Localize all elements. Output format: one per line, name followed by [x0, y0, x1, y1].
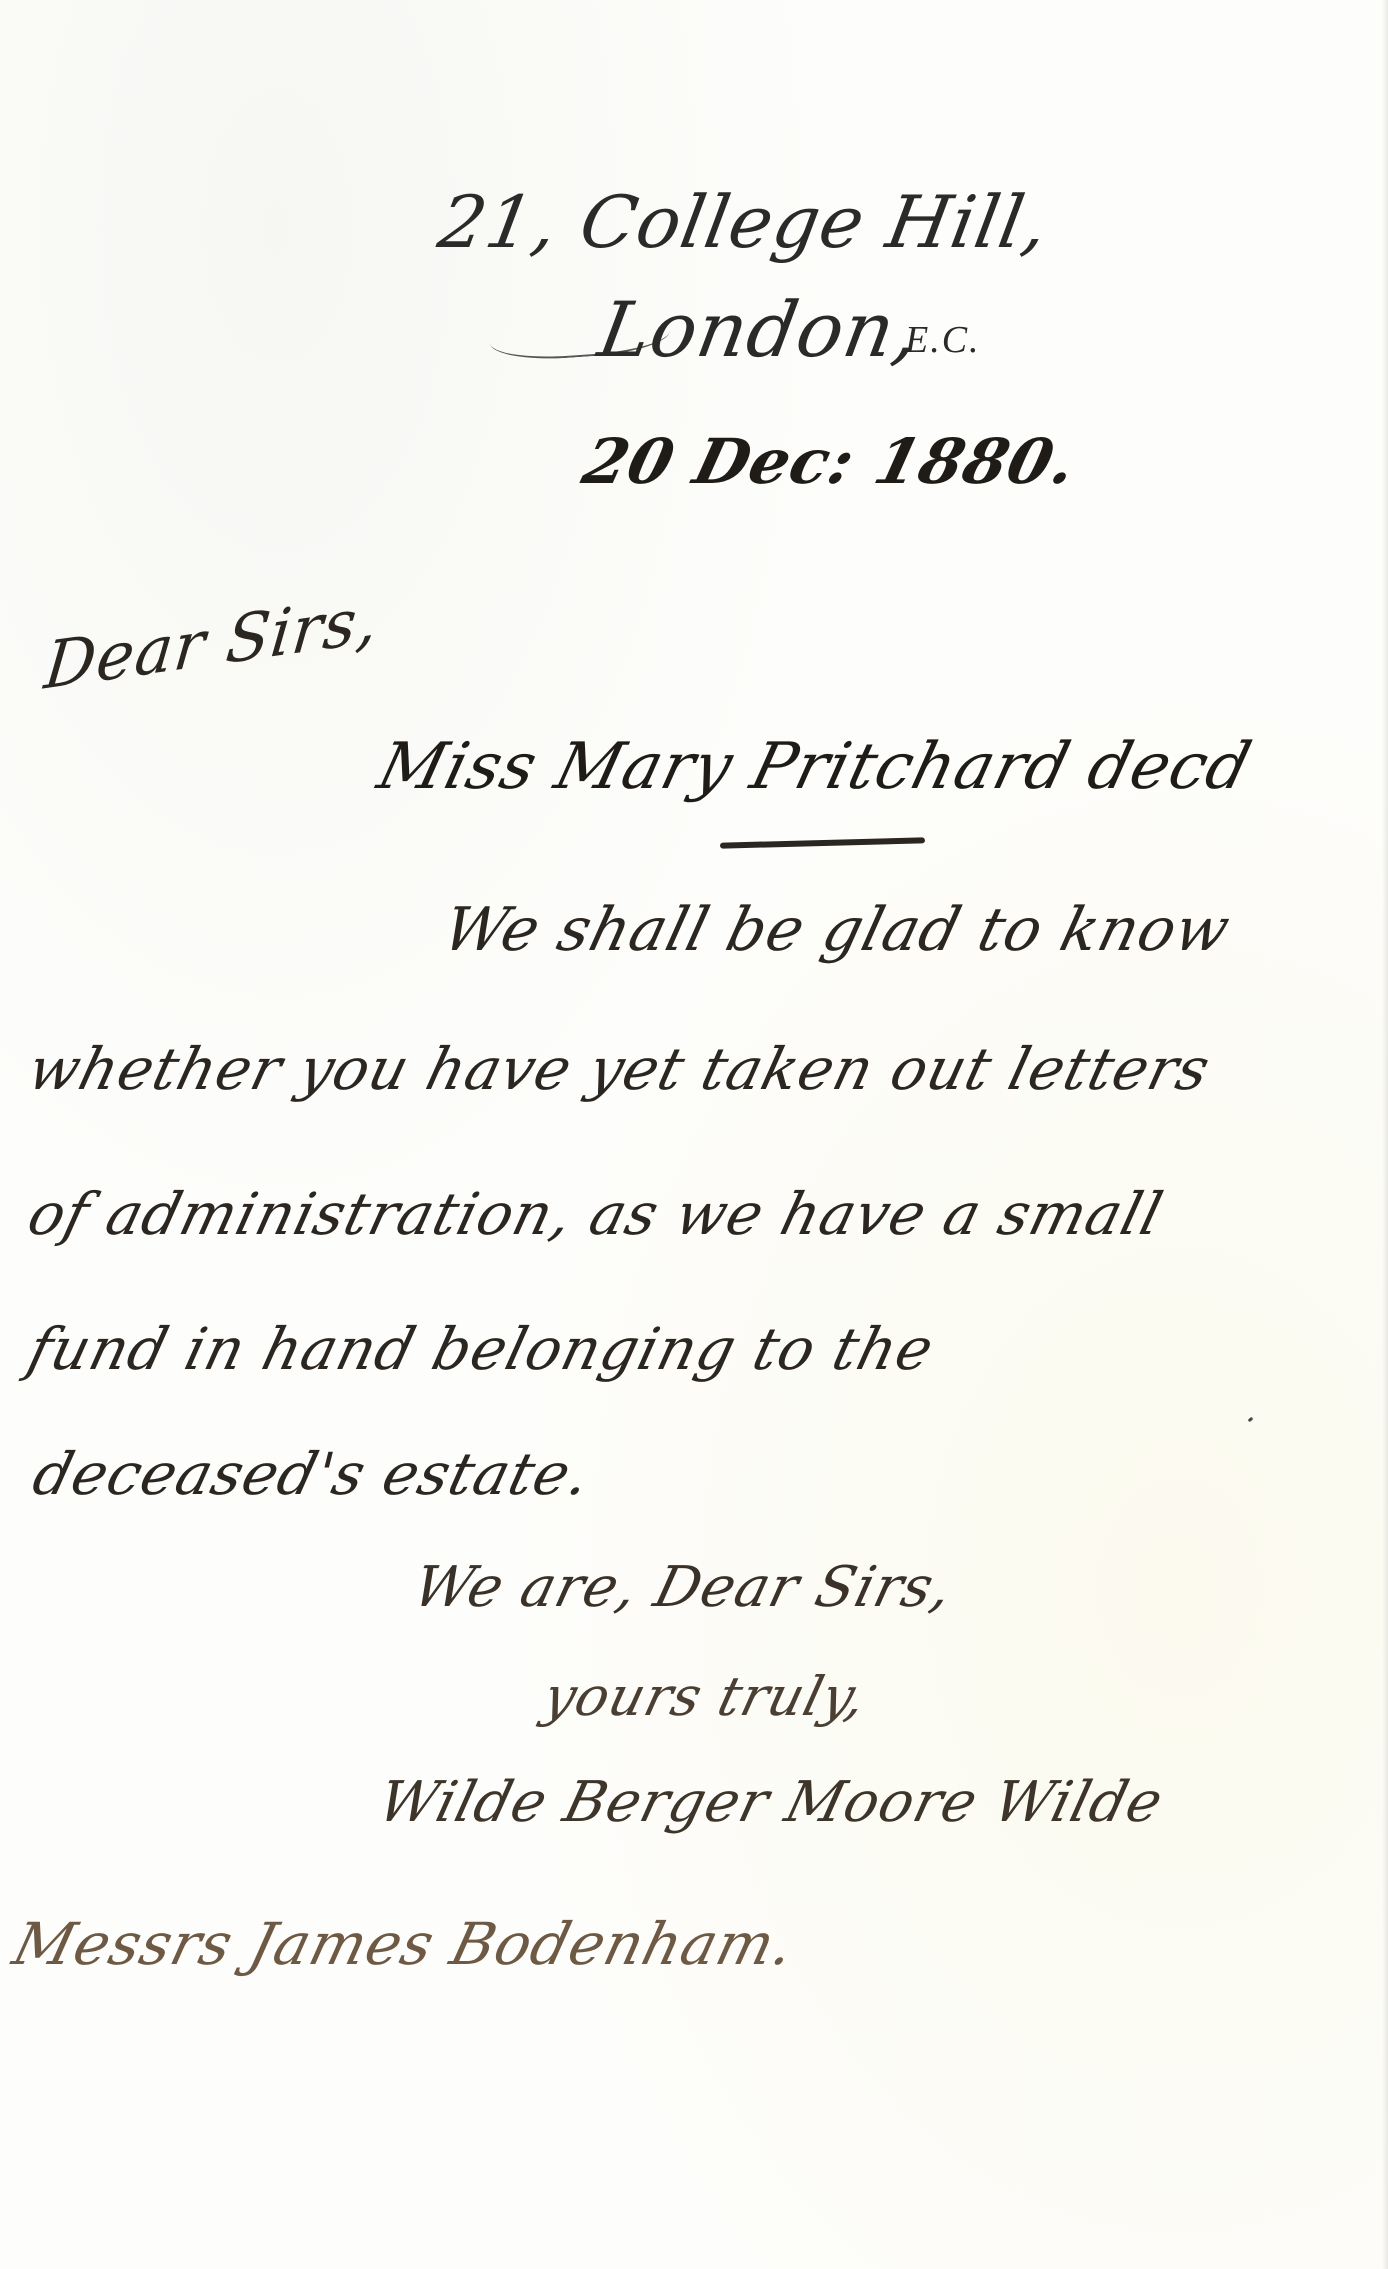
- paper-edge: [1382, 0, 1388, 2269]
- body-line: fund in hand belonging to the: [22, 1315, 941, 1383]
- body-line: We shall be glad to know: [436, 895, 1237, 965]
- letterhead-city: London,: [592, 285, 927, 374]
- closing-valediction: yours truly,: [537, 1665, 873, 1728]
- body-line: whether you have yet taken out letters: [22, 1035, 1218, 1103]
- addressee: Messrs James Bodenham.: [7, 1910, 802, 1978]
- closing-phrase: We are, Dear Sirs,: [407, 1555, 960, 1620]
- body-line: deceased's estate.: [27, 1440, 598, 1508]
- body-line: of administration, as we have a small: [22, 1180, 1170, 1248]
- letterhead-address-line: 21, College Hill,: [433, 180, 1056, 264]
- letterhead-postcode: E.C.: [905, 318, 981, 362]
- letter-date: 20 Dec: 1880.: [576, 425, 1085, 498]
- signature: Wilde Berger Moore Wilde: [372, 1770, 1170, 1835]
- subject-line: Miss Mary Pritchard decd: [371, 730, 1259, 804]
